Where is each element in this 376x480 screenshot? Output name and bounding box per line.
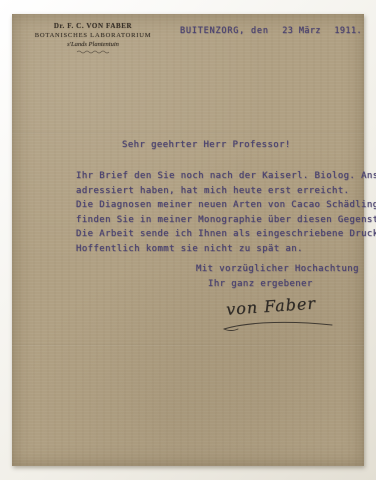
fold-line [12, 344, 364, 346]
signature-flourish-icon [220, 319, 340, 333]
body-line: Die Arbeit sende ich Ihnen als eingeschr… [76, 227, 376, 242]
letter-body: Ihr Brief den Sie noch nach der Kaiserl.… [76, 169, 376, 257]
letterhead-flourish-icon [76, 50, 110, 54]
closing-line-2: Ihr ganz ergebener [208, 279, 313, 289]
body-line: Hoffentlich kommt sie nicht zu spät an. [76, 242, 376, 257]
dateline-place: BUITENZORG, den [180, 26, 269, 36]
letterhead: Dr. F. C. VON FABER BOTANISCHES LABORATO… [28, 22, 158, 54]
letterhead-sender-name: Dr. F. C. VON FABER [28, 22, 158, 31]
dateline: BUITENZORG, den 23 März 1911. [180, 26, 362, 36]
letter-paper: Dr. F. C. VON FABER BOTANISCHES LABORATO… [12, 14, 364, 466]
body-line: Die Diagnosen meiner neuen Arten von Cac… [76, 198, 376, 213]
body-line: finden Sie in meiner Monographie über di… [76, 213, 376, 228]
dateline-day-month: 23 März [282, 26, 321, 36]
dateline-year: 1911. [334, 26, 362, 36]
scanned-letter-page: { "letterhead": { "name": "Dr. F. C. VON… [0, 0, 376, 480]
body-line: adressiert haben, hat mich heute erst er… [76, 184, 376, 199]
letterhead-institute: BOTANISCHES LABORATORIUM [28, 31, 158, 40]
fold-line [12, 132, 364, 134]
letterhead-location: s'Lands Plantentuin [28, 40, 158, 49]
salutation: Sehr geehrter Herr Professor! [122, 140, 291, 150]
closing-line-1: Mit vorzüglicher Hochachtung [196, 264, 359, 274]
body-line: Ihr Brief den Sie noch nach der Kaiserl.… [76, 169, 376, 184]
signature: von Faber [225, 292, 336, 319]
